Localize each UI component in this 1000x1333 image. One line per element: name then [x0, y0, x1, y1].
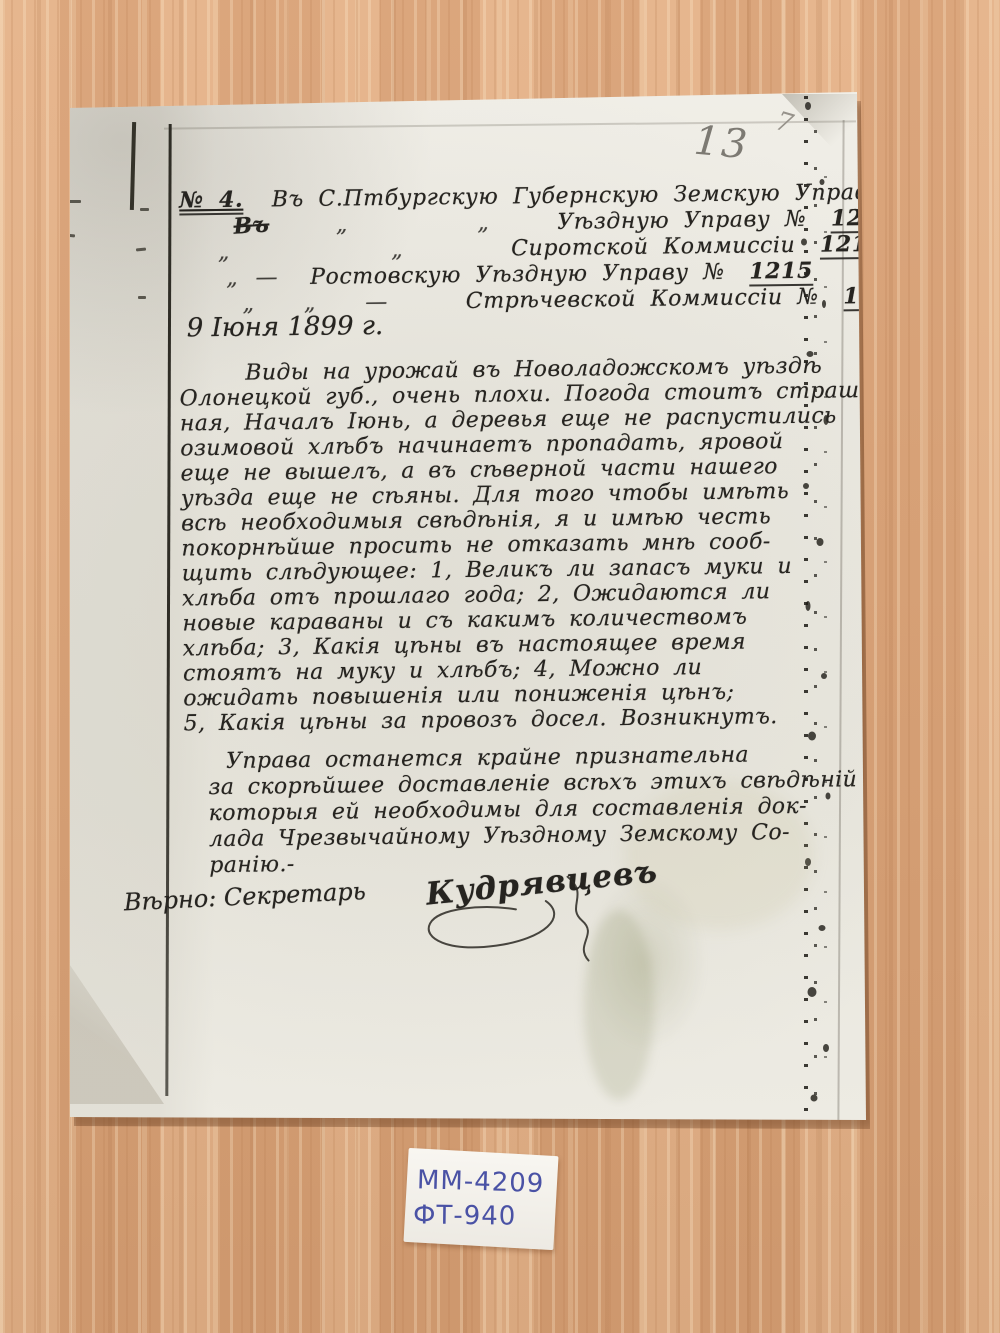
signature-flourish — [417, 866, 638, 979]
document-number-4: 1215 — [749, 258, 813, 287]
addressee-5: Стрѣчевской Коммиссіи № — [466, 285, 819, 314]
certification-line: Вѣрно: Секретарь — [123, 877, 366, 916]
ditto-marks: „ — — [226, 265, 280, 291]
document-number: № 4. — [179, 187, 243, 216]
document-number-3: 1216 — [820, 231, 884, 260]
document-number-2: 1214 — [831, 205, 895, 234]
document-number-5: 1212 — [843, 283, 907, 312]
body-paragraph: Виды на урожай въ Новоладожскомъ уѣздѣ О… — [179, 353, 871, 736]
closing-paragraph: Управа останется крайне признательна за … — [208, 741, 858, 879]
inventory-code-mm: ММ-4209 — [416, 1163, 557, 1201]
ditto-marks: „ „ — [336, 211, 491, 238]
photo-on-wooden-table: 13 7 № 4. Въ С.Птбургскую Губернскую Зем… — [0, 0, 1000, 1333]
ditto-marks: „ „ — [218, 238, 405, 265]
document-date: 9 Іюня 1899 г. — [187, 311, 384, 343]
crossed-out-word: Въ — [233, 211, 270, 239]
addressee-3: Сиротской Коммиссіи — [511, 233, 796, 261]
inventory-code-ft: ФТ-940 — [413, 1198, 553, 1234]
document-photograph: 13 7 № 4. Въ С.Птбургскую Губернскую Зем… — [64, 90, 876, 1122]
inventory-label: ММ-4209 ФТ-940 — [403, 1148, 558, 1250]
addressee-2: Уѣздную Управу № — [557, 207, 806, 235]
handwritten-text-layer: № 4. Въ С.Птбургскую Губернскую Земскую … — [58, 85, 883, 1127]
